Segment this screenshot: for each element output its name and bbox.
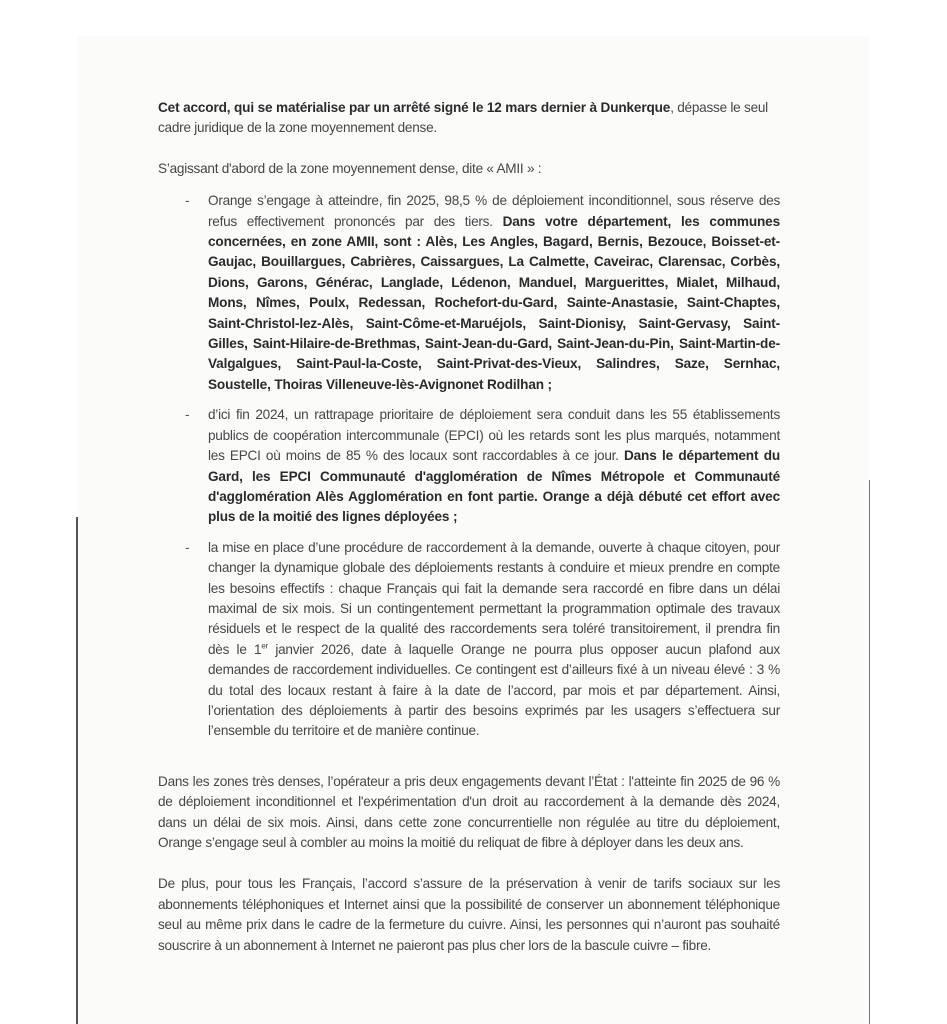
page-edge-right <box>869 480 870 1024</box>
commitments-list: -Orange s’engage à atteindre, fin 2025, … <box>158 191 780 742</box>
bullet-dash: - <box>185 191 189 211</box>
bullet-regular-text: la mise en place d’une procédure de racc… <box>208 540 780 657</box>
intro-paragraph: Cet accord, qui se matérialise par un ar… <box>158 98 780 139</box>
very-dense-zones-paragraph: Dans les zones très denses, l’opérateur … <box>158 772 780 854</box>
ordinal-superscript: er <box>261 641 268 650</box>
list-item-on-demand-connection: -la mise en place d’une procédure de rac… <box>158 538 780 742</box>
amii-intro-paragraph: S’agissant d'abord de la zone moyennemen… <box>158 159 780 179</box>
bullet-dash: - <box>185 405 189 425</box>
document-body: Cet accord, qui se matérialise par un ar… <box>158 98 780 956</box>
bullet-regular-text-cont: janvier 2026, date à laquelle Orange ne … <box>208 642 780 739</box>
list-item-epci-catchup: -d’ici fin 2024, un rattrapage prioritai… <box>158 405 780 527</box>
bullet-bold-text: Dans votre département, les communes con… <box>208 214 780 392</box>
bullet-dash: - <box>185 538 189 558</box>
intro-bold-text: Cet accord, qui se matérialise par un ar… <box>158 100 670 115</box>
page-edge-left <box>76 517 78 1024</box>
social-tariffs-paragraph: De plus, pour tous les Français, l’accor… <box>158 874 780 956</box>
list-item-amii-communes: -Orange s’engage à atteindre, fin 2025, … <box>158 191 780 395</box>
